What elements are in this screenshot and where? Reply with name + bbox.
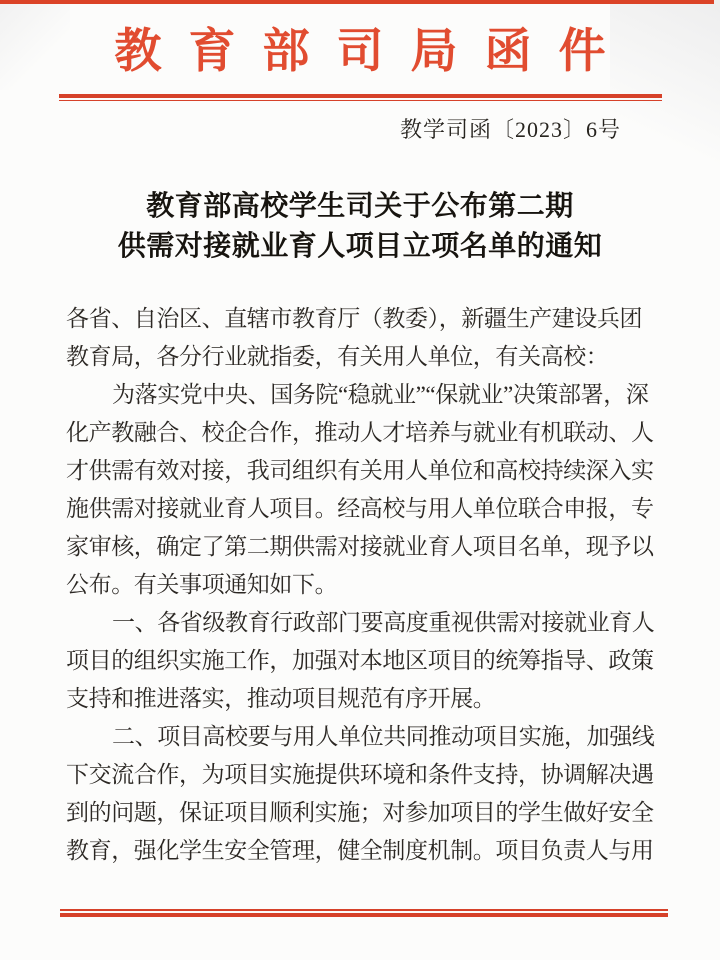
document-number: 教学司函〔2023〕6号 bbox=[400, 113, 621, 144]
body-line: 二、项目高校要与用人单位共同推动项目实施，加强线 bbox=[66, 718, 656, 756]
footer-divider-thick-line bbox=[60, 913, 668, 917]
body-line: 到的问题，保证项目顺利实施；对参加项目的学生做好安全 bbox=[66, 794, 656, 832]
header-divider-thick-line bbox=[59, 94, 662, 98]
body-line: 下交流合作，为项目实施提供环境和条件支持，协调解决遇 bbox=[66, 756, 656, 794]
header-divider-thin-line bbox=[59, 100, 662, 102]
document-page: 教育部司局函件 教学司函〔2023〕6号 教育部高校学生司关于公布第二期 供需对… bbox=[0, 0, 720, 960]
masthead-title: 教育部司局函件 bbox=[0, 22, 720, 82]
body-line: 家审核，确定了第二期供需对接就业育人项目名单，现予以 bbox=[66, 528, 656, 566]
header-divider bbox=[59, 94, 662, 101]
document-title-line-1: 教育部高校学生司关于公布第二期 bbox=[0, 187, 720, 227]
top-edge-red-line bbox=[0, 0, 714, 4]
body-line: 一、各省级教育行政部门要高度重视供需对接就业育人 bbox=[66, 604, 656, 642]
body-line: 公布。有关事项通知如下。 bbox=[66, 566, 656, 604]
body-line: 教育，强化学生安全管理，健全制度机制。项目负责人与用 bbox=[66, 832, 656, 870]
footer-divider-thin-line bbox=[60, 909, 668, 911]
document-body: 各省、自治区、直辖市教育厅（教委），新疆生产建设兵团 教育局，各分行业就指委，有… bbox=[66, 300, 656, 870]
footer-divider bbox=[60, 909, 668, 917]
body-line: 支持和推进落实，推动项目规范有序开展。 bbox=[66, 680, 656, 718]
document-title: 教育部高校学生司关于公布第二期 供需对接就业育人项目立项名单的通知 bbox=[0, 187, 720, 267]
body-line: 教育局，各分行业就指委，有关用人单位，有关高校： bbox=[66, 338, 656, 376]
document-title-line-2: 供需对接就业育人项目立项名单的通知 bbox=[0, 227, 720, 267]
body-line: 才供需有效对接，我司组织有关用人单位和高校持续深入实 bbox=[66, 452, 656, 490]
body-line: 化产教融合、校企合作，推动人才培养与就业有机联动、人 bbox=[66, 414, 656, 452]
body-line: 为落实党中央、国务院“稳就业”“保就业”决策部署，深 bbox=[66, 376, 656, 414]
body-line: 施供需对接就业育人项目。经高校与用人单位联合申报，专 bbox=[66, 490, 656, 528]
body-line: 各省、自治区、直辖市教育厅（教委），新疆生产建设兵团 bbox=[66, 300, 656, 338]
body-line: 项目的组织实施工作，加强对本地区项目的统筹指导、政策 bbox=[66, 642, 656, 680]
